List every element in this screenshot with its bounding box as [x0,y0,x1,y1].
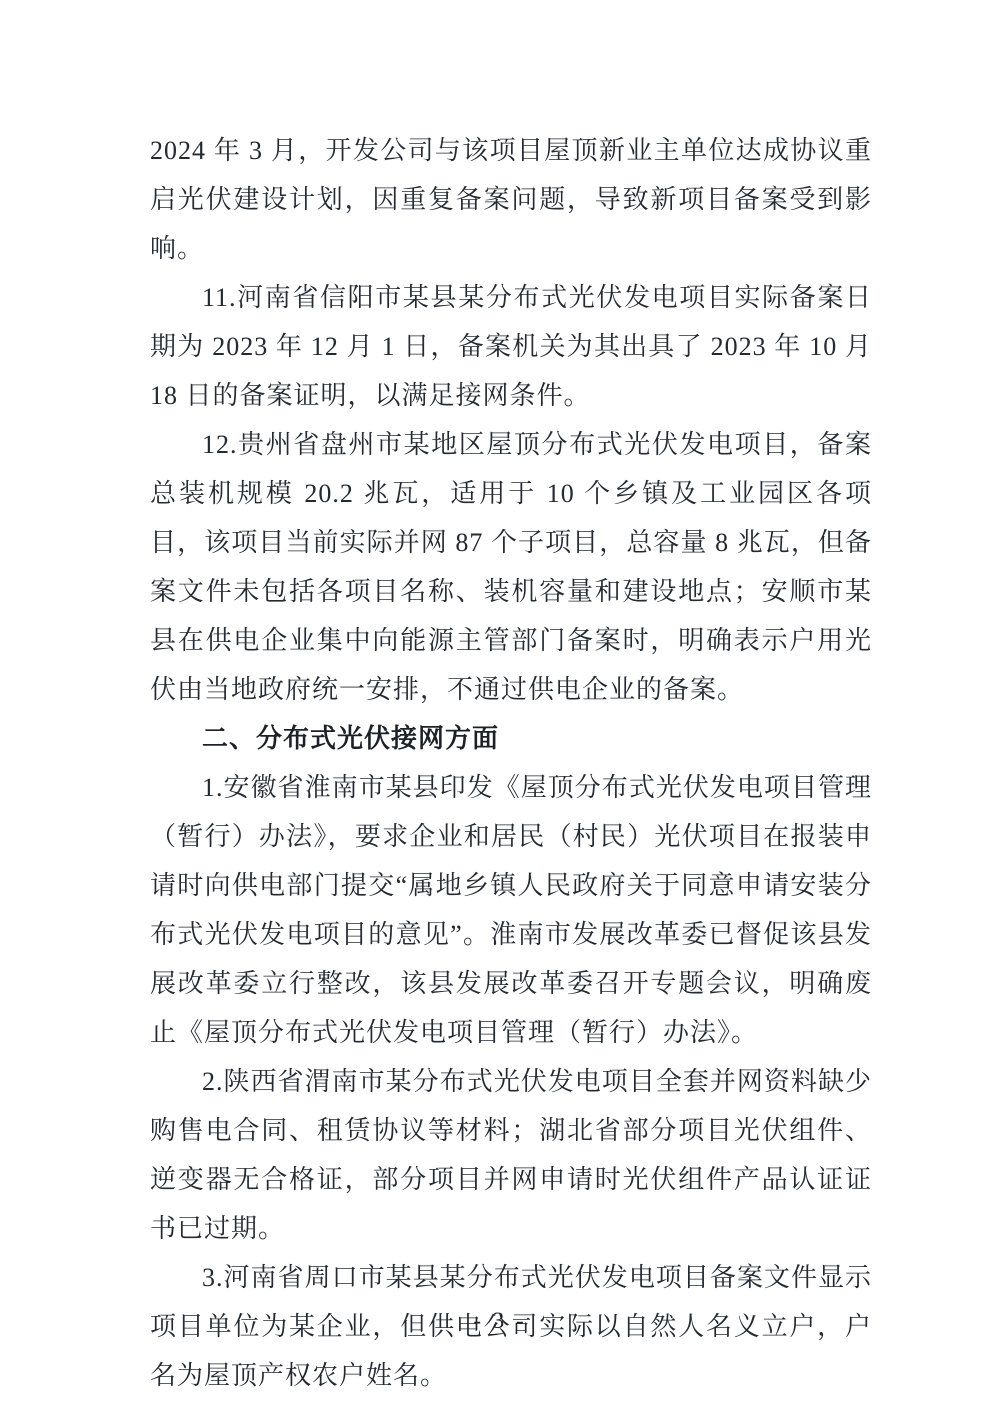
document-page: 2024 年 3 月，开发公司与该项目屋顶新业主单位达成协议重启光伏建设计划，因… [0,0,1000,1414]
paragraph-item-2: 2.陕西省渭南市某分布式光伏发电项目全套并网资料缺少购售电合同、租赁协议等材料；… [150,1057,872,1253]
paragraph-continuation: 2024 年 3 月，开发公司与该项目屋顶新业主单位达成协议重启光伏建设计划，因… [150,126,872,273]
paragraph-item-11: 11.河南省信阳市某县某分布式光伏发电项目实际备案日期为 2023 年 12 月… [150,273,872,420]
page-number: - 3 - [0,1301,1000,1341]
section-heading-grid-connection: 二、分布式光伏接网方面 [150,714,872,763]
document-body: 2024 年 3 月，开发公司与该项目屋顶新业主单位达成协议重启光伏建设计划，因… [150,126,872,1400]
paragraph-item-12: 12.贵州省盘州市某地区屋顶分布式光伏发电项目，备案总装机规模 20.2 兆瓦，… [150,420,872,714]
paragraph-item-1: 1.安徽省淮南市某县印发《屋顶分布式光伏发电项目管理（暂行）办法》，要求企业和居… [150,763,872,1057]
